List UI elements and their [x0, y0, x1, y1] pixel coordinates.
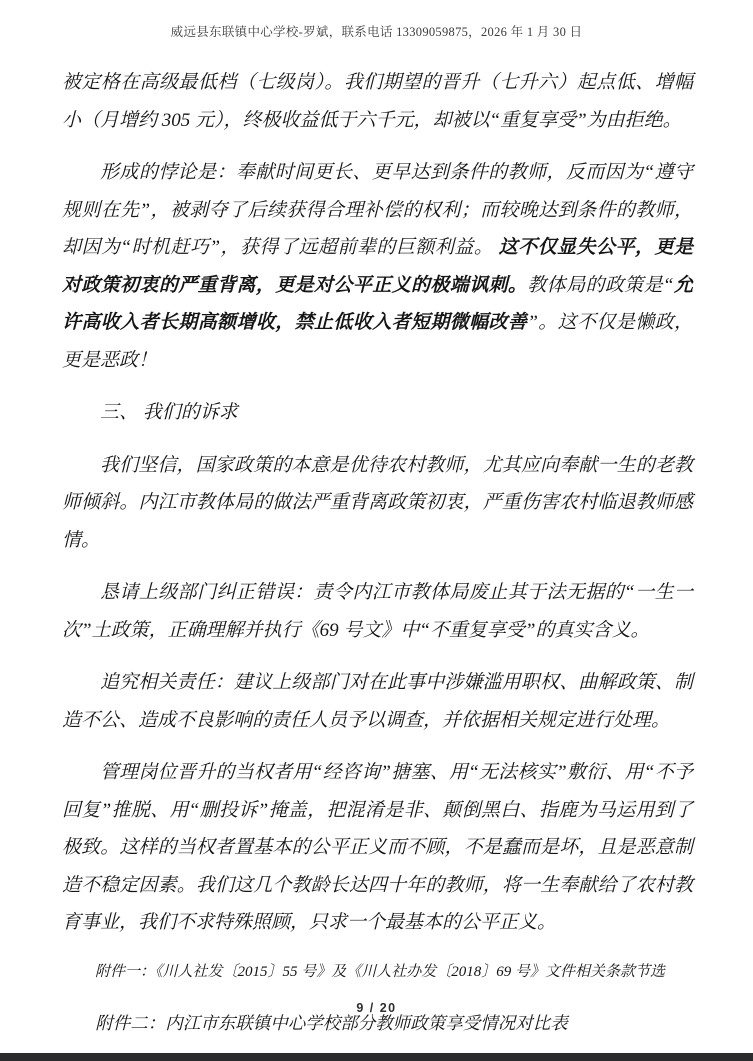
paragraph-accountability: 追究相关责任：建议上级部门对在此事中涉嫌滥用职权、曲解政策、制造不公、造成不良影…: [62, 664, 693, 739]
page-number: 9 / 20: [0, 1001, 753, 1015]
text-run: 管理岗位晋升的当权者用“经咨询”搪塞、用“无法核实”敷衍、用“不予回复”推脱、用…: [62, 762, 693, 933]
attachment-line-1: 附件一：《川人社发〔2015〕55 号》及《川人社办发〔2018〕69 号》文件…: [62, 957, 693, 987]
text-run: 被定格在高级最低档（七级岗）。我们期望的晋升（七升六）起点低、增幅小（月增约 3…: [62, 72, 693, 131]
document-header: 威远县东联镇中心学校-罗斌，联系电话 13309059875，2026 年 1 …: [0, 0, 753, 40]
text-run: 我们坚信，国家政策的本意是优待农村教师，尤其应向奉献一生的老教师倾斜。内江市教体…: [62, 455, 693, 551]
paragraph-request-correction: 恳请上级部门纠正错误：责令内江市教体局废止其于法无据的“一生一次”土政策，正确理…: [62, 574, 693, 649]
text-run: 追究相关责任：建议上级部门对在此事中涉嫌滥用职权、曲解政策、制造不公、造成不良影…: [62, 672, 693, 731]
paragraph-continuation: 被定格在高级最低档（七级岗）。我们期望的晋升（七升六）起点低、增幅小（月增约 3…: [62, 64, 693, 139]
text-run: 教体局的政策是“: [527, 275, 673, 296]
text-run: 附件二：内江市东联镇中心学校部分教师政策享受情况对比表: [95, 1013, 568, 1033]
text-run: 恳请上级部门纠正错误：责令内江市教体局废止其于法无据的“一生一次”土政策，正确理…: [62, 582, 693, 641]
document-viewer: 威远县东联镇中心学校-罗斌，联系电话 13309059875，2026 年 1 …: [0, 0, 753, 1061]
text-run: 附件一：《川人社发〔2015〕55 号》及《川人社办发〔2018〕69 号》文件…: [95, 964, 665, 980]
document-body: 被定格在高级最低档（七级岗）。我们期望的晋升（七升六）起点低、增幅小（月增约 3…: [62, 64, 693, 1039]
paragraph-condemnation: 管理岗位晋升的当权者用“经咨询”搪塞、用“无法核实”敷衍、用“不予回复”推脱、用…: [62, 754, 693, 942]
paragraph-paradox: 形成的悖论是：奉献时间更长、更早达到条件的教师，反而因为“遵守规则在先”，被剥夺…: [62, 154, 693, 379]
viewer-bottom-edge: [0, 1053, 753, 1061]
paragraph-belief: 我们坚信，国家政策的本意是优待农村教师，尤其应向奉献一生的老教师倾斜。内江市教体…: [62, 447, 693, 560]
text-run: 三、 我们的诉求: [100, 402, 238, 423]
section-heading-demands: 三、 我们的诉求: [62, 394, 693, 432]
